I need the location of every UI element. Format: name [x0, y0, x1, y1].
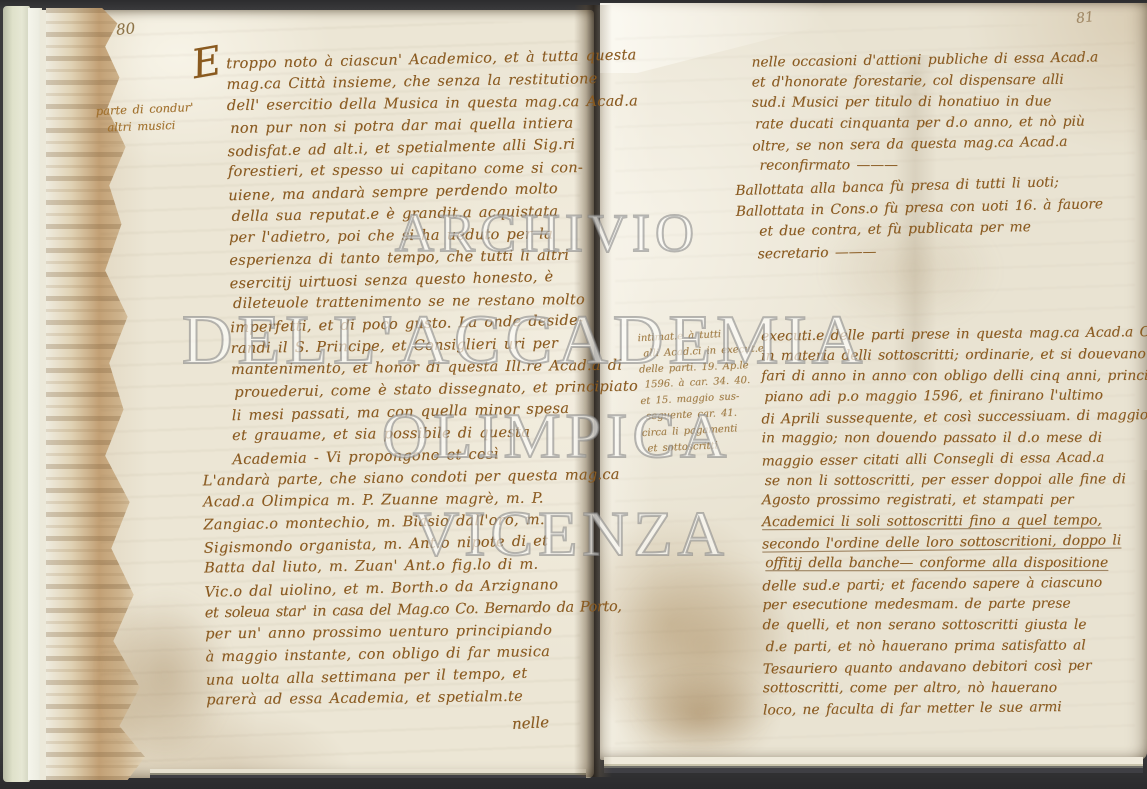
page-bottom-edge — [150, 769, 586, 778]
manuscript-line: se non li sottoscritti, per esser doppoi… — [765, 468, 1147, 491]
left-margin-note: parte di condur'altri musici — [95, 99, 194, 136]
right-page-number: 81 — [1075, 9, 1094, 27]
manuscript-line: sottoscritti, come per altro, nò haueran… — [763, 677, 1147, 698]
ballot-record-paragraph: Ballottata alla banca fù presa di tutti … — [735, 172, 1104, 266]
page-bottom-edge — [604, 757, 1143, 773]
right-margin-note: intimat.e à tuttialli Acad.ci in execut.… — [637, 325, 768, 457]
manuscript-line: et d'honorate forestarie, col dispensare… — [752, 69, 1099, 93]
manuscript-line: d.e parti, et nò hauerano prima satisfat… — [766, 635, 1147, 658]
manuscript-line: loco, ne faculta di far metter le sue ar… — [763, 696, 1147, 722]
manuscript-line: per esecutione medesmam. de parte prese — [762, 593, 1147, 616]
manuscript-line: per l'adietro, poi che si ha ueduto per … — [229, 222, 640, 249]
right-page-opening-paragraph: nelle occasioni d'attioni publiche di es… — [751, 48, 1099, 177]
catchword: nelle — [512, 713, 550, 733]
manuscript-line: executi.e delle parti prese in questa ma… — [761, 322, 1147, 348]
right-page-body-text: executi.e delle parti prese in questa ma… — [761, 323, 1147, 720]
manuscript-scan: 80 parte di condur'altri musici E troppo… — [0, 0, 1147, 789]
manuscript-line: offitij della banche— conforme alla disp… — [765, 553, 1147, 574]
manuscript-line: Agosto prossimo registrati, et stampati … — [762, 490, 1147, 511]
manuscript-line: altri musici — [107, 116, 194, 136]
manuscript-line: delle sud.e parti; et facendo sapere à c… — [762, 571, 1147, 597]
left-page-body-text: troppo noto à ciascun' Academico, et à t… — [226, 46, 648, 712]
manuscript-line: de quelli, et non serano sottoscritti gi… — [763, 615, 1147, 636]
manuscript-line: in materia delli sottoscritti; ordinarie… — [761, 344, 1147, 367]
left-page-number: 80 — [115, 19, 136, 39]
manuscript-line: dell' esercitio della Musica in questa m… — [227, 90, 638, 117]
manuscript-line: fari di anno in anno con obligo delli ci… — [761, 365, 1147, 386]
manuscript-line: in maggio; non douendo passato il d.o me… — [762, 428, 1147, 449]
manuscript-line: Tesauriero quanto andavano debitori così… — [763, 654, 1147, 680]
manuscript-line: di Aprili sussequente, et così successiu… — [761, 405, 1147, 431]
book-cover-edge — [3, 6, 30, 782]
manuscript-line: secondo l'ordine delle loro sottoscritio… — [762, 529, 1147, 555]
manuscript-line: sud.i Musici per titulo di honatiuo in d… — [752, 91, 1099, 114]
manuscript-line: mantenimento, et honor di questa Ill.re … — [231, 354, 642, 381]
manuscript-line: Academici li soli sottoscritti fino a qu… — [762, 510, 1147, 533]
manuscript-line: maggio esser citati alli Consegli di ess… — [762, 446, 1147, 472]
